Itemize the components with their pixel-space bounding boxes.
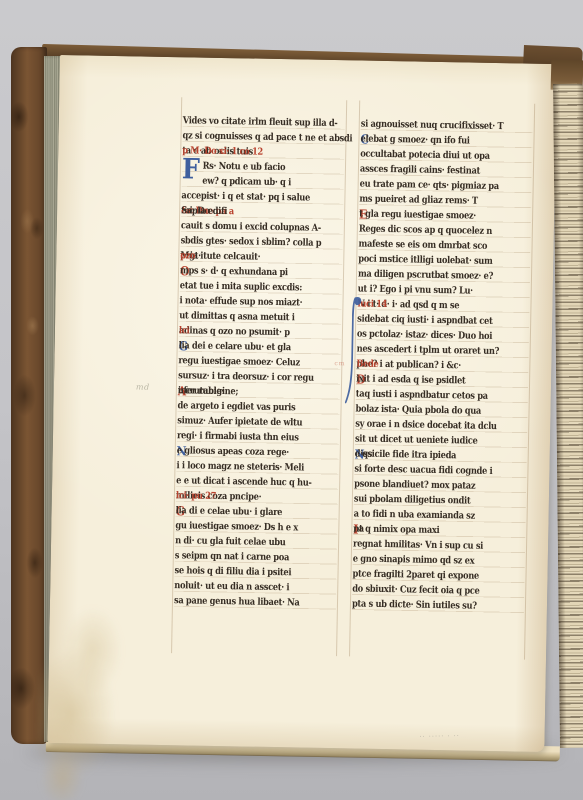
body-text: ew? q pdicam ub· q i <box>202 174 291 191</box>
manuscript-text-line: pta s ub dicte· Sin iutiles su? <box>352 596 500 614</box>
rubric-text: lci <box>179 323 190 338</box>
body-text: nt q nimix opa maxi <box>353 521 439 538</box>
text-column-right: si agnouisset nuq crucifixisset· TCeleba… <box>352 117 533 615</box>
body-text: e qs <box>355 446 373 461</box>
pencil-inscription: ·· ····· · ·· <box>420 733 461 741</box>
facing-page-fore-edge <box>553 84 583 748</box>
body-text: pta s ub dicte· Sin iutiles su? <box>352 596 477 613</box>
manuscript-text-line: sa pane genus hua libaet· Na <box>174 593 314 611</box>
body-text: sa pane genus hua libaet· Na <box>174 593 300 610</box>
margin-bleedthrough-mark: md <box>136 382 150 391</box>
gutter-initial-j-icon <box>344 290 363 410</box>
body-text: Sapia edifi <box>181 203 227 219</box>
gutter-red-mark: cm <box>334 360 345 367</box>
body-text: Rs· Notu e ub facio <box>202 159 285 176</box>
body-text: ufer rubigine; <box>178 383 239 399</box>
parchment-stain <box>36 607 180 800</box>
manuscript-page: Vides vo citate irlm fleuit sup illa d-q… <box>47 55 557 752</box>
rubric-text: lci· pu 27 <box>176 488 216 504</box>
manuscript-photo: Vides vo citate irlm fleuit sup illa d-q… <box>0 0 583 800</box>
drop-initial-f: F <box>182 154 200 184</box>
rubric-text: ozo <box>180 248 195 263</box>
text-column-left: Vides vo citate irlm fleuit sup illa d-q… <box>174 113 345 611</box>
